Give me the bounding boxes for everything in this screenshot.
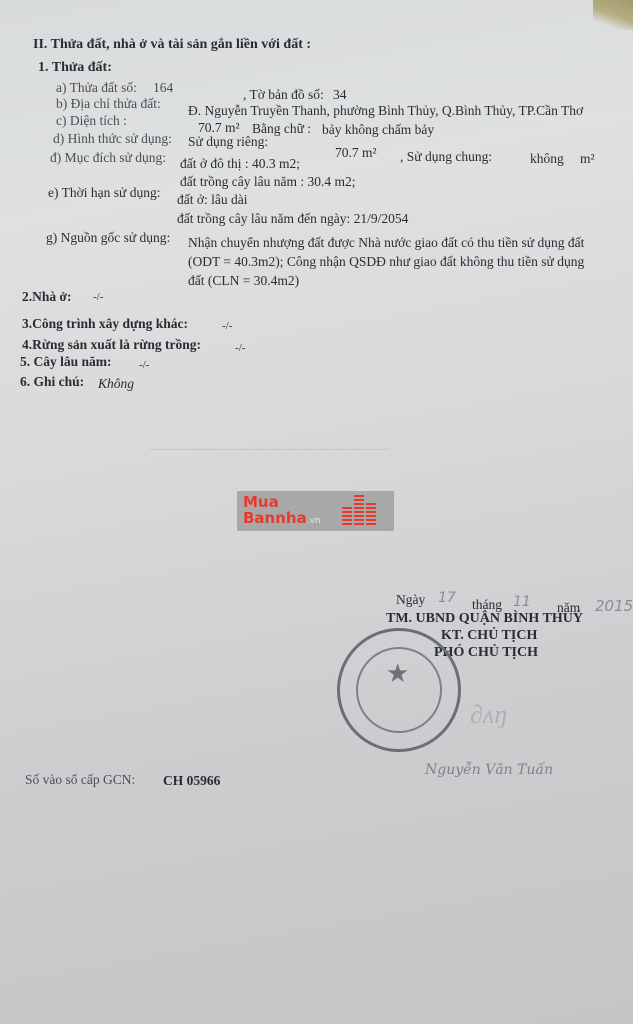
address-value: Đ. Nguyễn Truyền Thanh, phường Bình Thủy… [188, 103, 583, 119]
purpose-line1: đất ở đô thị : 40.3 m2; [180, 156, 300, 172]
registry-value: CH 05966 [163, 773, 220, 789]
item-house-label: 2.Nhà ở: [22, 289, 71, 305]
item-perennial-value: -/- [139, 359, 149, 371]
item-notes-label: 6. Ghi chú: [20, 374, 84, 390]
area-label: c) Diện tích : [56, 113, 127, 129]
star-icon: ★ [386, 659, 409, 689]
building-icon [340, 495, 380, 529]
purpose-line2: đất trồng cây lâu năm : 30.4 m2; [180, 174, 355, 190]
common-use-value: không [530, 151, 564, 167]
official-seal: ★ UBND QUẬN BÌNH THUỶ - THÀNH PHỐ CẦN TH… [337, 628, 461, 752]
item-house-value: -/- [93, 291, 103, 303]
usage-form-label: d) Hình thức sử dụng: [53, 131, 172, 147]
signature-name: Nguyễn Văn Tuấn [425, 762, 553, 778]
origin-line3: đất (CLN = 30.4m2) [188, 273, 299, 289]
authority-line1: TM. UBND QUẬN BÌNH THUỶ [386, 611, 583, 627]
item-notes-value: Không [98, 376, 134, 392]
private-use-value: 70.7 m² [335, 145, 377, 161]
term-line2: đất trồng cây lâu năm đến ngày: 21/9/205… [177, 211, 408, 227]
photo-background-corner [593, 0, 633, 30]
purpose-label: đ) Mục đích sử dụng: [50, 150, 166, 166]
item-perennial-label: 5. Cây lâu năm: [20, 354, 112, 370]
private-use-label: Sử dụng riêng: [188, 134, 268, 150]
item-forest-label: 4.Rừng sản xuất là rừng trồng: [22, 337, 201, 353]
item-other-construction-value: -/- [222, 320, 232, 332]
date-month: 11 [513, 594, 531, 610]
watermark-line2: Bannha [243, 509, 307, 527]
watermark-suffix: .vn [307, 516, 321, 526]
area-words: bảy không chấm bảy [322, 122, 434, 138]
land-heading: 1. Thửa đất: [38, 60, 112, 76]
seal-emblem: ★ [356, 647, 442, 733]
address-label: b) Địa chỉ thửa đất: [56, 96, 161, 112]
watermark-line1: Mua [243, 494, 321, 510]
common-use-unit: m² [580, 151, 595, 167]
map-sheet-label: , Tờ bản đồ số: [243, 87, 324, 103]
signature-scribble: ∂ʌŋ [470, 700, 507, 730]
item-other-construction-label: 3.Công trình xây dựng khác: [22, 316, 188, 332]
bleed-through-text: ——————————————— [150, 440, 390, 458]
parcel-number: 164 [153, 80, 173, 96]
common-use-label: , Sử dụng chung: [400, 149, 492, 165]
parcel-label: a) Thửa đất số: [56, 80, 137, 96]
map-sheet-number: 34 [333, 87, 347, 103]
authority-line2: KT. CHỦ TỊCH [441, 628, 537, 644]
date-day: 17 [438, 590, 456, 606]
watermark-logo: Mua Bannha.vn [237, 491, 394, 531]
term-line1: đất ở: lâu dài [177, 192, 248, 208]
origin-line2: (ODT = 40.3m2); Công nhận QSDĐ như giao … [188, 254, 584, 270]
origin-line1: Nhận chuyển nhượng đất được Nhà nước gia… [188, 235, 584, 251]
registry-label: Số vào sổ cấp GCN: [25, 772, 135, 788]
item-forest-value: -/- [235, 342, 245, 354]
term-label: e) Thời hạn sử dụng: [48, 185, 160, 201]
date-day-label: Ngày [396, 592, 425, 608]
date-year: 2015 [595, 597, 633, 615]
section-title: II. Thửa đất, nhà ở và tài sản gắn liền … [33, 37, 311, 53]
origin-label: g) Nguồn gốc sử dụng: [46, 230, 170, 246]
